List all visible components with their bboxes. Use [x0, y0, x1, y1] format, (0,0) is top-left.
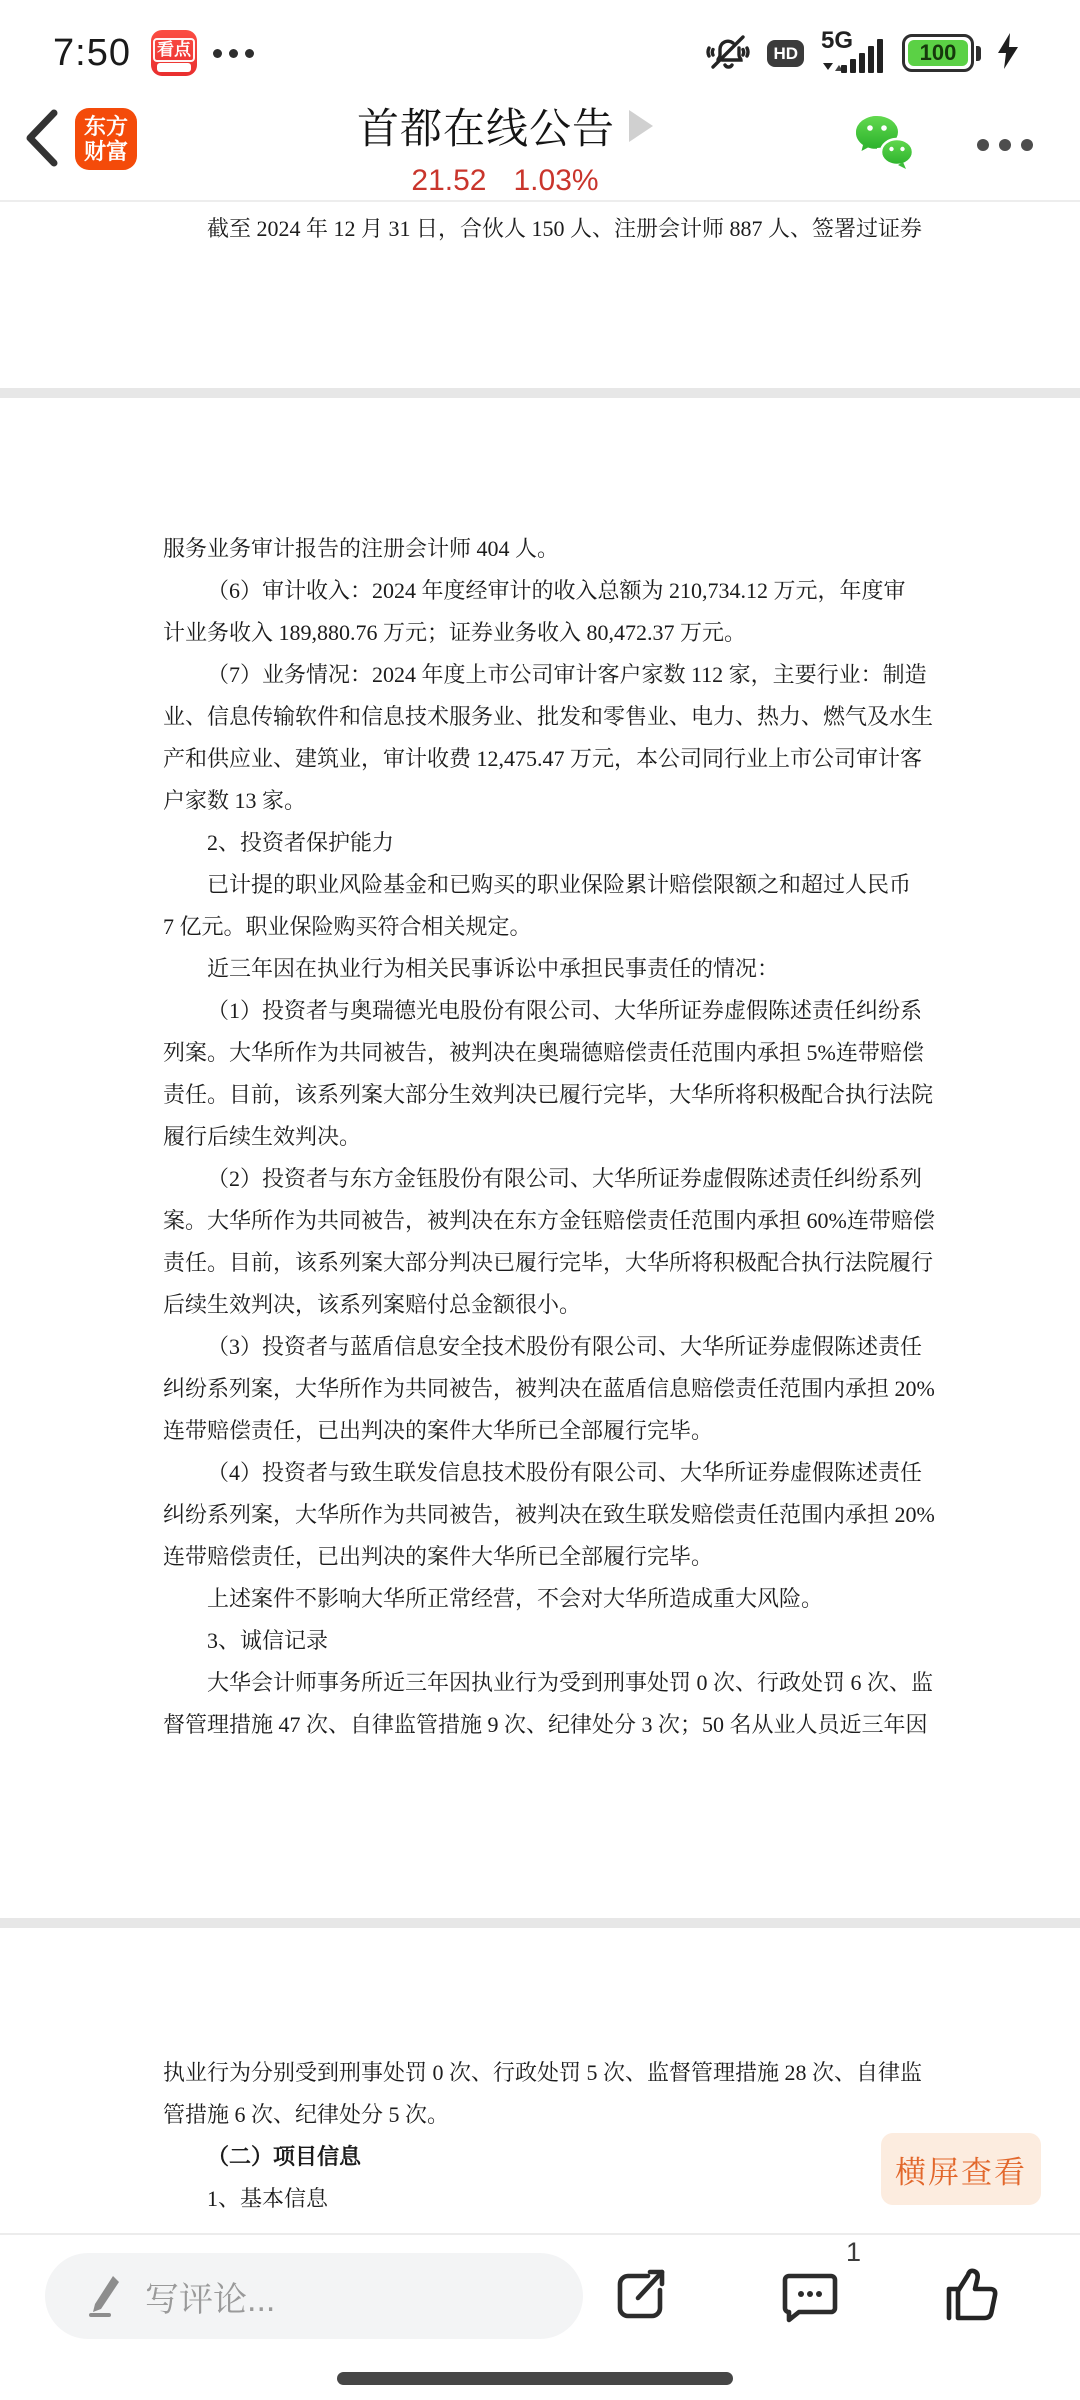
- page-separator: [0, 388, 1080, 398]
- document-text-line: 执业行为分别受到刑事处罚 0 次、行政处罚 5 次、监督管理措施 28 次、自律…: [163, 2052, 923, 2094]
- status-icons: HD 5G 100: [704, 28, 1020, 79]
- clock: 7:50: [53, 32, 131, 75]
- document-page: 服务业务审计报告的注册会计师 404 人。 （6）审计收入：2024 年度经审计…: [163, 528, 923, 1746]
- document-text-line: 1、基本信息: [163, 2178, 923, 2220]
- document-text-line: 大华会计师事务所近三年因执业行为受到刑事处罚 0 次、行政处罚 6 次、监: [163, 1662, 923, 1704]
- kandian-app-icon: 看点: [151, 30, 197, 76]
- comments-button[interactable]: [778, 2263, 842, 2327]
- comment-placeholder: 写评论...: [145, 2272, 275, 2321]
- document-text-line: 计业务收入 189,880.76 万元；证券业务收入 80,472.37 万元。: [163, 612, 923, 654]
- document-text-line: 连带赔偿责任，已出判决的案件大华所已全部履行完毕。: [163, 1536, 923, 1578]
- document-heading: （二）项目信息: [163, 2136, 923, 2178]
- document-text-line: 截至 2024 年 12 月 31 日，合伙人 150 人、注册会计师 887 …: [207, 212, 922, 243]
- document-text-line: 上述案件不影响大华所正常经营，不会对大华所造成重大风险。: [163, 1578, 923, 1620]
- comment-count-badge: 1: [846, 2237, 861, 2268]
- document-text-line: 列案。大华所作为共同被告，被判决在奥瑞德赔偿责任范围内承担 5%连带赔偿: [163, 1032, 923, 1074]
- document-page: 执业行为分别受到刑事处罚 0 次、行政处罚 5 次、监督管理措施 28 次、自律…: [163, 2052, 923, 2220]
- kandian-app-label: 看点: [153, 38, 195, 62]
- mute-bell-icon: [704, 28, 752, 79]
- document-text-line: （7）业务情况：2024 年度上市公司审计客户家数 112 家，主要行业：制造: [163, 654, 923, 696]
- document-text-line: 7 亿元。职业保险购买符合相关规定。: [163, 906, 923, 948]
- play-triangle-icon[interactable]: [629, 110, 653, 142]
- document-text-line: 督管理措施 47 次、自律监管措施 9 次、纪律处分 3 次；50 名从业人员近…: [163, 1704, 923, 1746]
- document-text-line: 产和供应业、建筑业，审计收费 12,475.47 万元，本公司同行业上市公司审计…: [163, 738, 923, 780]
- document-text-line: 近三年因在执业行为相关民事诉讼中承担民事责任的情况：: [163, 948, 923, 990]
- charging-bolt-icon: [996, 32, 1020, 75]
- stock-price: 21.52: [411, 164, 486, 198]
- more-options-button[interactable]: [977, 139, 1033, 151]
- hd-badge-icon: HD: [767, 40, 804, 67]
- stock-quote[interactable]: 21.52 1.03%: [411, 164, 598, 198]
- document-text-line: 连带赔偿责任，已出判决的案件大华所已全部履行完毕。: [163, 1410, 923, 1452]
- document-text-line: （3）投资者与蓝盾信息安全技术股份有限公司、大华所证券虚假陈述责任: [163, 1326, 923, 1368]
- pdf-document-view[interactable]: 截至 2024 年 12 月 31 日，合伙人 150 人、注册会计师 887 …: [0, 204, 1080, 2232]
- document-text-line: 纠纷系列案，大华所作为共同被告，被判决在致生联发赔偿责任范围内承担 20%: [163, 1494, 923, 1536]
- notification-dots-icon: [213, 49, 254, 58]
- document-text-line: （4）投资者与致生联发信息技术股份有限公司、大华所证券虚假陈述责任: [163, 1452, 923, 1494]
- page-title: 首都在线公告: [357, 96, 615, 156]
- like-button[interactable]: [940, 2263, 1004, 2327]
- header: 东方 财富 首都在线公告 21.52 1.03%: [0, 82, 1080, 202]
- pencil-icon: [83, 2270, 127, 2323]
- screen: { "status_bar": { "time": "7:50", "app_b…: [0, 0, 1080, 2400]
- stock-change: 1.03%: [514, 164, 599, 198]
- eastmoney-logo[interactable]: 东方 财富: [75, 108, 137, 170]
- back-button[interactable]: [22, 106, 70, 170]
- document-text-line: （6）审计收入：2024 年度经审计的收入总额为 210,734.12 万元，年…: [163, 570, 923, 612]
- document-text-line: 责任。目前，该系列案大部分判决已履行完毕，大华所将积极配合执行法院履行: [163, 1242, 923, 1284]
- document-text-line: 案。大华所作为共同被告，被判决在东方金钰赔偿责任范围内承担 60%连带赔偿: [163, 1200, 923, 1242]
- document-text-line: （2）投资者与东方金钰股份有限公司、大华所证券虚假陈述责任纠纷系列: [163, 1158, 923, 1200]
- landscape-view-button[interactable]: 横屏查看: [881, 2133, 1041, 2205]
- battery-icon: 100: [902, 34, 981, 72]
- page-separator: [0, 1918, 1080, 1928]
- document-text-line: 3、诚信记录: [163, 1620, 923, 1662]
- document-text-line: 已计提的职业风险基金和已购买的职业保险累计赔偿限额之和超过人民币: [163, 864, 923, 906]
- battery-level: 100: [908, 40, 968, 66]
- document-text-line: 服务业务审计报告的注册会计师 404 人。: [163, 528, 923, 570]
- document-text-line: 业、信息传输软件和信息技术服务业、批发和零售业、电力、热力、燃气及水生: [163, 696, 923, 738]
- comment-input[interactable]: 写评论...: [45, 2253, 583, 2339]
- document-text-line: 纠纷系列案，大华所作为共同被告，被判决在蓝盾信息赔偿责任范围内承担 20%: [163, 1368, 923, 1410]
- document-text-line: 责任。目前，该系列案大部分生效判决已履行完毕，大华所将积极配合执行法院: [163, 1074, 923, 1116]
- document-text-line: 履行后续生效判决。: [163, 1116, 923, 1158]
- signal-5g-icon: 5G: [819, 31, 887, 75]
- document-text-line: 户家数 13 家。: [163, 780, 923, 822]
- document-text-line: （1）投资者与奥瑞德光电股份有限公司、大华所证券虚假陈述责任纠纷系: [163, 990, 923, 1032]
- home-indicator[interactable]: [337, 2372, 733, 2385]
- status-bar: 7:50 看点 HD 5G: [0, 24, 1080, 82]
- share-button[interactable]: [609, 2263, 673, 2327]
- document-text-line: 后续生效判决，该系列案赔付总金额很小。: [163, 1284, 923, 1326]
- document-text-line: 管措施 6 次、纪律处分 5 次。: [163, 2094, 923, 2136]
- wechat-share-button[interactable]: [853, 114, 915, 175]
- document-text-line: 2、投资者保护能力: [163, 822, 923, 864]
- header-title-block: 首都在线公告 21.52 1.03%: [150, 96, 860, 198]
